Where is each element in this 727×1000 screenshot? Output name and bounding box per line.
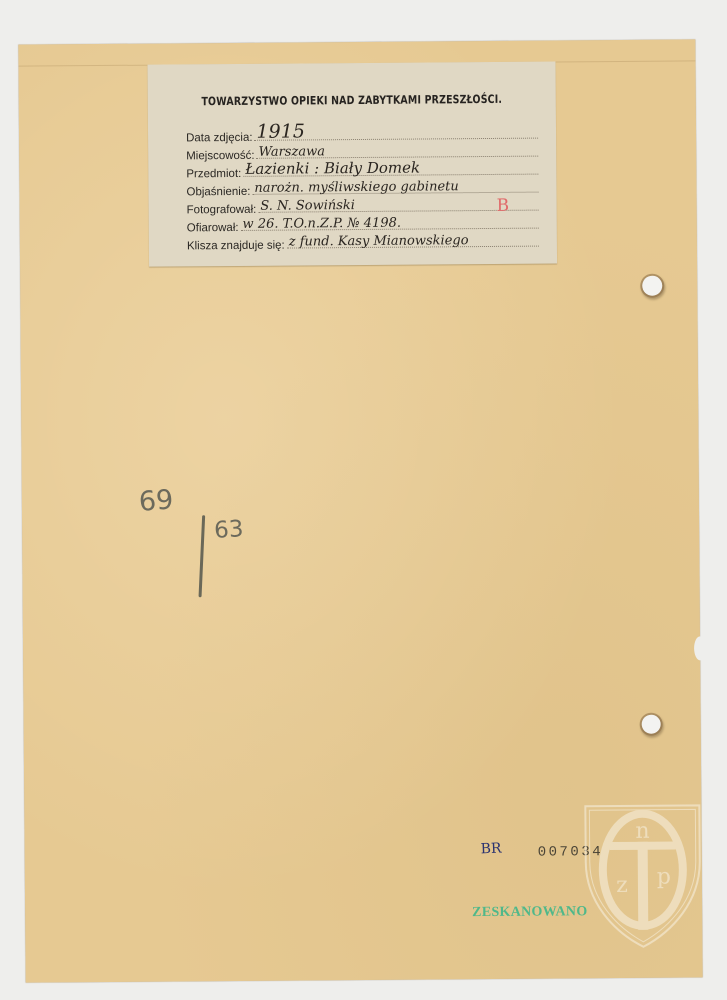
field-label-negative-location: Klisza znajduje się:	[187, 240, 285, 253]
field-line: 1915	[254, 124, 538, 141]
field-row-negative-location: Klisza znajduje się: z fund. Kasy Mianow…	[187, 232, 539, 253]
field-value-description: narożn. myśliwskiego gabinetu	[254, 179, 458, 196]
pencil-number-denominator: 63	[213, 516, 244, 544]
field-line: narożn. myśliwskiego gabinetu	[252, 178, 538, 195]
pencil-number-numerator: 69	[138, 484, 175, 518]
red-b-mark: B	[497, 196, 510, 216]
field-line: Łazienki : Biały Domek	[243, 160, 538, 177]
pencil-slash	[199, 515, 206, 597]
edge-notch	[694, 636, 706, 660]
field-value-date: 1915	[256, 120, 305, 142]
label-title: TOWARZYSTWO OPIEKI NAD ZABYTKAMI PRZESZŁ…	[184, 92, 519, 109]
br-signature-mark: BR	[480, 841, 502, 858]
punch-hole-bottom	[642, 715, 661, 734]
shield-monogram-watermark-icon: n z p	[581, 801, 704, 950]
field-label-photographer: Fotografował:	[187, 204, 257, 217]
field-value-place: Warszawa	[259, 144, 325, 160]
field-label-date: Data zdjęcia:	[186, 132, 253, 145]
label-card: TOWARZYSTWO OPIEKI NAD ZABYTKAMI PRZESZŁ…	[147, 61, 557, 266]
svg-text:p: p	[657, 865, 671, 890]
field-label-donor: Ofiarował:	[187, 222, 239, 234]
field-line: Warszawa	[257, 142, 539, 159]
punch-hole-top	[642, 276, 662, 296]
field-line: z fund. Kasy Mianowskiego	[287, 232, 539, 249]
archival-card: TOWARZYSTWO OPIEKI NAD ZABYTKAMI PRZESZŁ…	[18, 39, 702, 982]
field-label-subject: Przedmiot:	[186, 168, 241, 180]
svg-text:z: z	[616, 873, 628, 898]
field-value-donor: w 26. T.O.n.Z.P. № 4198.	[242, 216, 401, 232]
field-label-description: Objaśnienie:	[186, 186, 250, 199]
svg-text:n: n	[635, 819, 649, 844]
field-value-negative-location: z fund. Kasy Mianowskiego	[289, 233, 469, 249]
field-value-subject: Łazienki : Biały Domek	[245, 159, 420, 178]
scanned-stamp: ZESKANOWANO	[472, 904, 587, 921]
field-line: w 26. T.O.n.Z.P. № 4198.	[240, 214, 538, 231]
field-value-photographer: S. N. Sowiński	[260, 198, 355, 214]
